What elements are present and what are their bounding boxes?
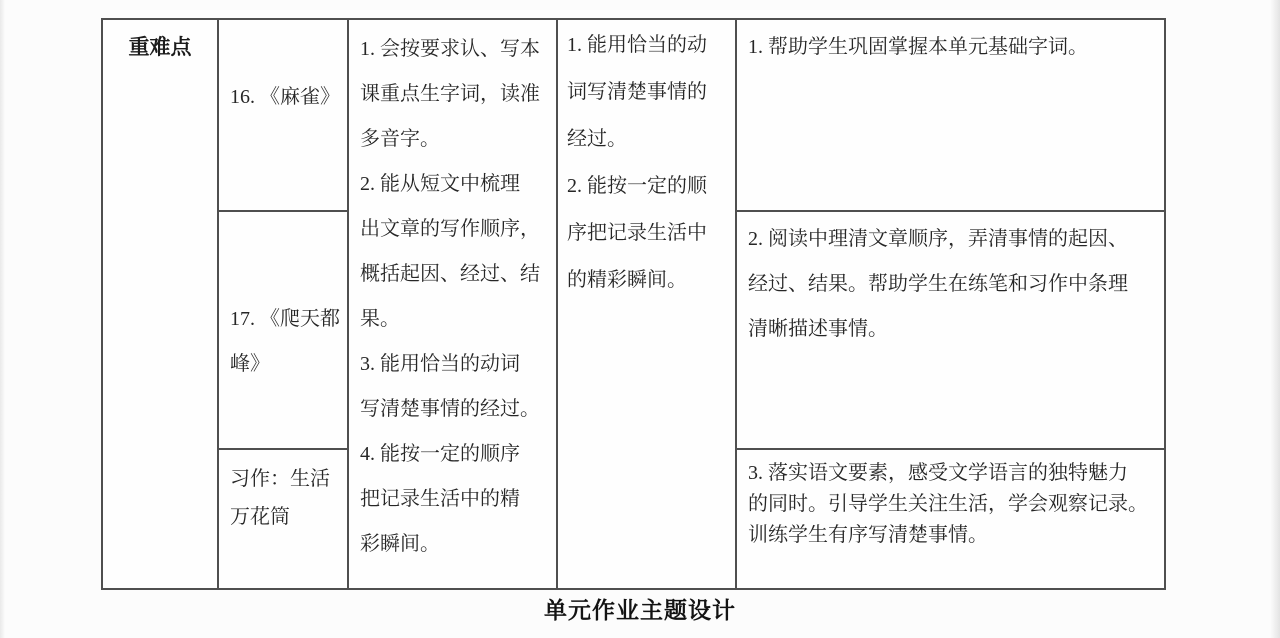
row-header-label: 重难点 <box>103 33 217 63</box>
cell-purpose-3-language-elements: 3. 落实语文要素，感受文学语言的独特魅力的同时。引导学生关注生活，学会观察记录… <box>737 450 1164 588</box>
page-right-edge-shadow <box>1270 0 1280 638</box>
cell-lesson-17-climbing-tiandu-peak: 17. 《爬天都峰》 <box>219 212 349 450</box>
cell-lesson-16-sparrow: 16. 《麻雀》 <box>219 20 349 212</box>
section-title-unit-homework-theme-design: 单元作业主题设计 <box>0 593 1280 627</box>
cell-row-header-key-points: 重难点 <box>103 20 219 588</box>
cell-unit-objectives: 1. 能用恰当的动词写清楚事情的经过。2. 能按一定的顺序把记录生活中的精彩瞬间… <box>558 20 737 588</box>
cell-purpose-1-consolidate-words: 1. 帮助学生巩固掌握本单元基础字词。 <box>737 20 1164 212</box>
cell-writing-exercise-life-kaleidoscope: 习作：生活万花筒 <box>219 450 349 588</box>
unit-design-table: 重难点 16. 《麻雀》 17. 《爬天都峰》 习作：生活万花筒 1. 会按要求… <box>101 18 1166 590</box>
page-left-edge-shadow <box>0 0 5 638</box>
document-page: 重难点 16. 《麻雀》 17. 《爬天都峰》 习作：生活万花筒 1. 会按要求… <box>0 0 1280 638</box>
cell-lesson-objectives: 1. 会按要求认、写本课重点生字词，读准多音字。2. 能从短文中梳理出文章的写作… <box>349 20 558 588</box>
cell-purpose-2-reading-order: 2. 阅读中理清文章顺序，弄清事情的起因、经过、结果。帮助学生在练笔和习作中条理… <box>737 212 1164 450</box>
